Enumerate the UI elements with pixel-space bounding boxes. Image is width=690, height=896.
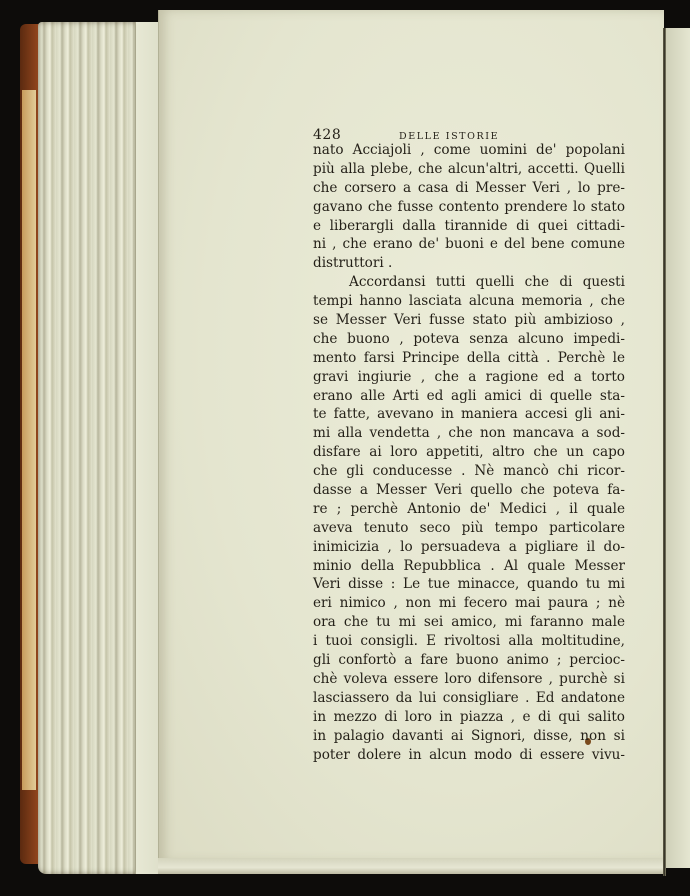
facing-page-edge (666, 28, 690, 868)
page-bottom-edge (158, 858, 663, 874)
text-line: ora che tu mi sei amico, mi faranno male (313, 613, 625, 632)
text-line: mento farsi Principe della città . Perch… (313, 349, 625, 368)
text-line: re ; perchè Antonio de' Medici , il qual… (313, 500, 625, 519)
text-line: in mezzo di loro in piazza , e di qui sa… (313, 708, 625, 727)
running-head: 428 DELLE ISTORIE (313, 128, 625, 142)
text-line: gli confortò a fare buono animo ; percio… (313, 651, 625, 670)
text-line: e liberargli dalla tirannide di quei cit… (313, 217, 625, 236)
text-line: Veri disse : Le tue minacce, quando tu m… (313, 575, 625, 594)
text-line: in palagio davanti ai Signori, disse, no… (313, 727, 625, 746)
text-line: dasse a Messer Veri quello che poteva fa… (313, 481, 625, 500)
text-line: disfare ai loro appetiti, altro che un c… (313, 443, 625, 462)
text-line: eri nimico , non mi fecero mai paura ; n… (313, 594, 625, 613)
text-line: che buono , poteva senza alcuno impedi- (313, 330, 625, 349)
text-line: lasciassero da lui consigliare . Ed anda… (313, 689, 625, 708)
text-block: 428 DELLE ISTORIE nato Acciajoli , come … (313, 128, 625, 764)
text-line: poter dolere in alcun modo di essere viv… (313, 746, 625, 765)
text-line: che gli conducesse . Nè mancò chi ricor- (313, 462, 625, 481)
text-line: mi alla vendetta , che non mancava a sod… (313, 424, 625, 443)
text-line: nato Acciajoli , come uomini de' popolan… (313, 141, 625, 160)
text-line: inimicizia , lo persuadeva a pigliare il… (313, 538, 625, 557)
page-number: 428 (313, 128, 399, 142)
page-stack-edges (38, 22, 158, 874)
text-line: ni , che erano de' buoni e del bene comu… (313, 235, 625, 254)
text-line: aveva tenuto seco più tempo particolare (313, 519, 625, 538)
text-line: più alla plebe, che alcun'altri, accetti… (313, 160, 625, 179)
text-line: gavano che fusse contento prendere lo st… (313, 198, 625, 217)
cover-inner-edge (22, 90, 36, 790)
text-line: gravi ingiurie , che a ragione ed a tort… (313, 368, 625, 387)
book-scan: 428 DELLE ISTORIE nato Acciajoli , come … (0, 0, 690, 896)
text-line: se Messer Veri fusse stato più ambizioso… (313, 311, 625, 330)
text-line: te fatte, avevano in maniera accesi gli … (313, 405, 625, 424)
text-line: tempi hanno lasciata alcuna memoria , ch… (313, 292, 625, 311)
text-line: Accordansi tutti quelli che di questi (313, 273, 625, 292)
body-text: nato Acciajoli , come uomini de' popolan… (313, 141, 625, 764)
text-line: erano alle Arti ed agli amici di quelle … (313, 387, 625, 406)
text-line: che corsero a casa di Messer Veri , lo p… (313, 179, 625, 198)
text-line: i tuoi consigli. E rivoltosi alla moltit… (313, 632, 625, 651)
text-line: minio della Repubblica . Al quale Messer (313, 557, 625, 576)
text-line: distruttori . (313, 254, 625, 273)
text-line: chè voleva essere loro difensore , purch… (313, 670, 625, 689)
